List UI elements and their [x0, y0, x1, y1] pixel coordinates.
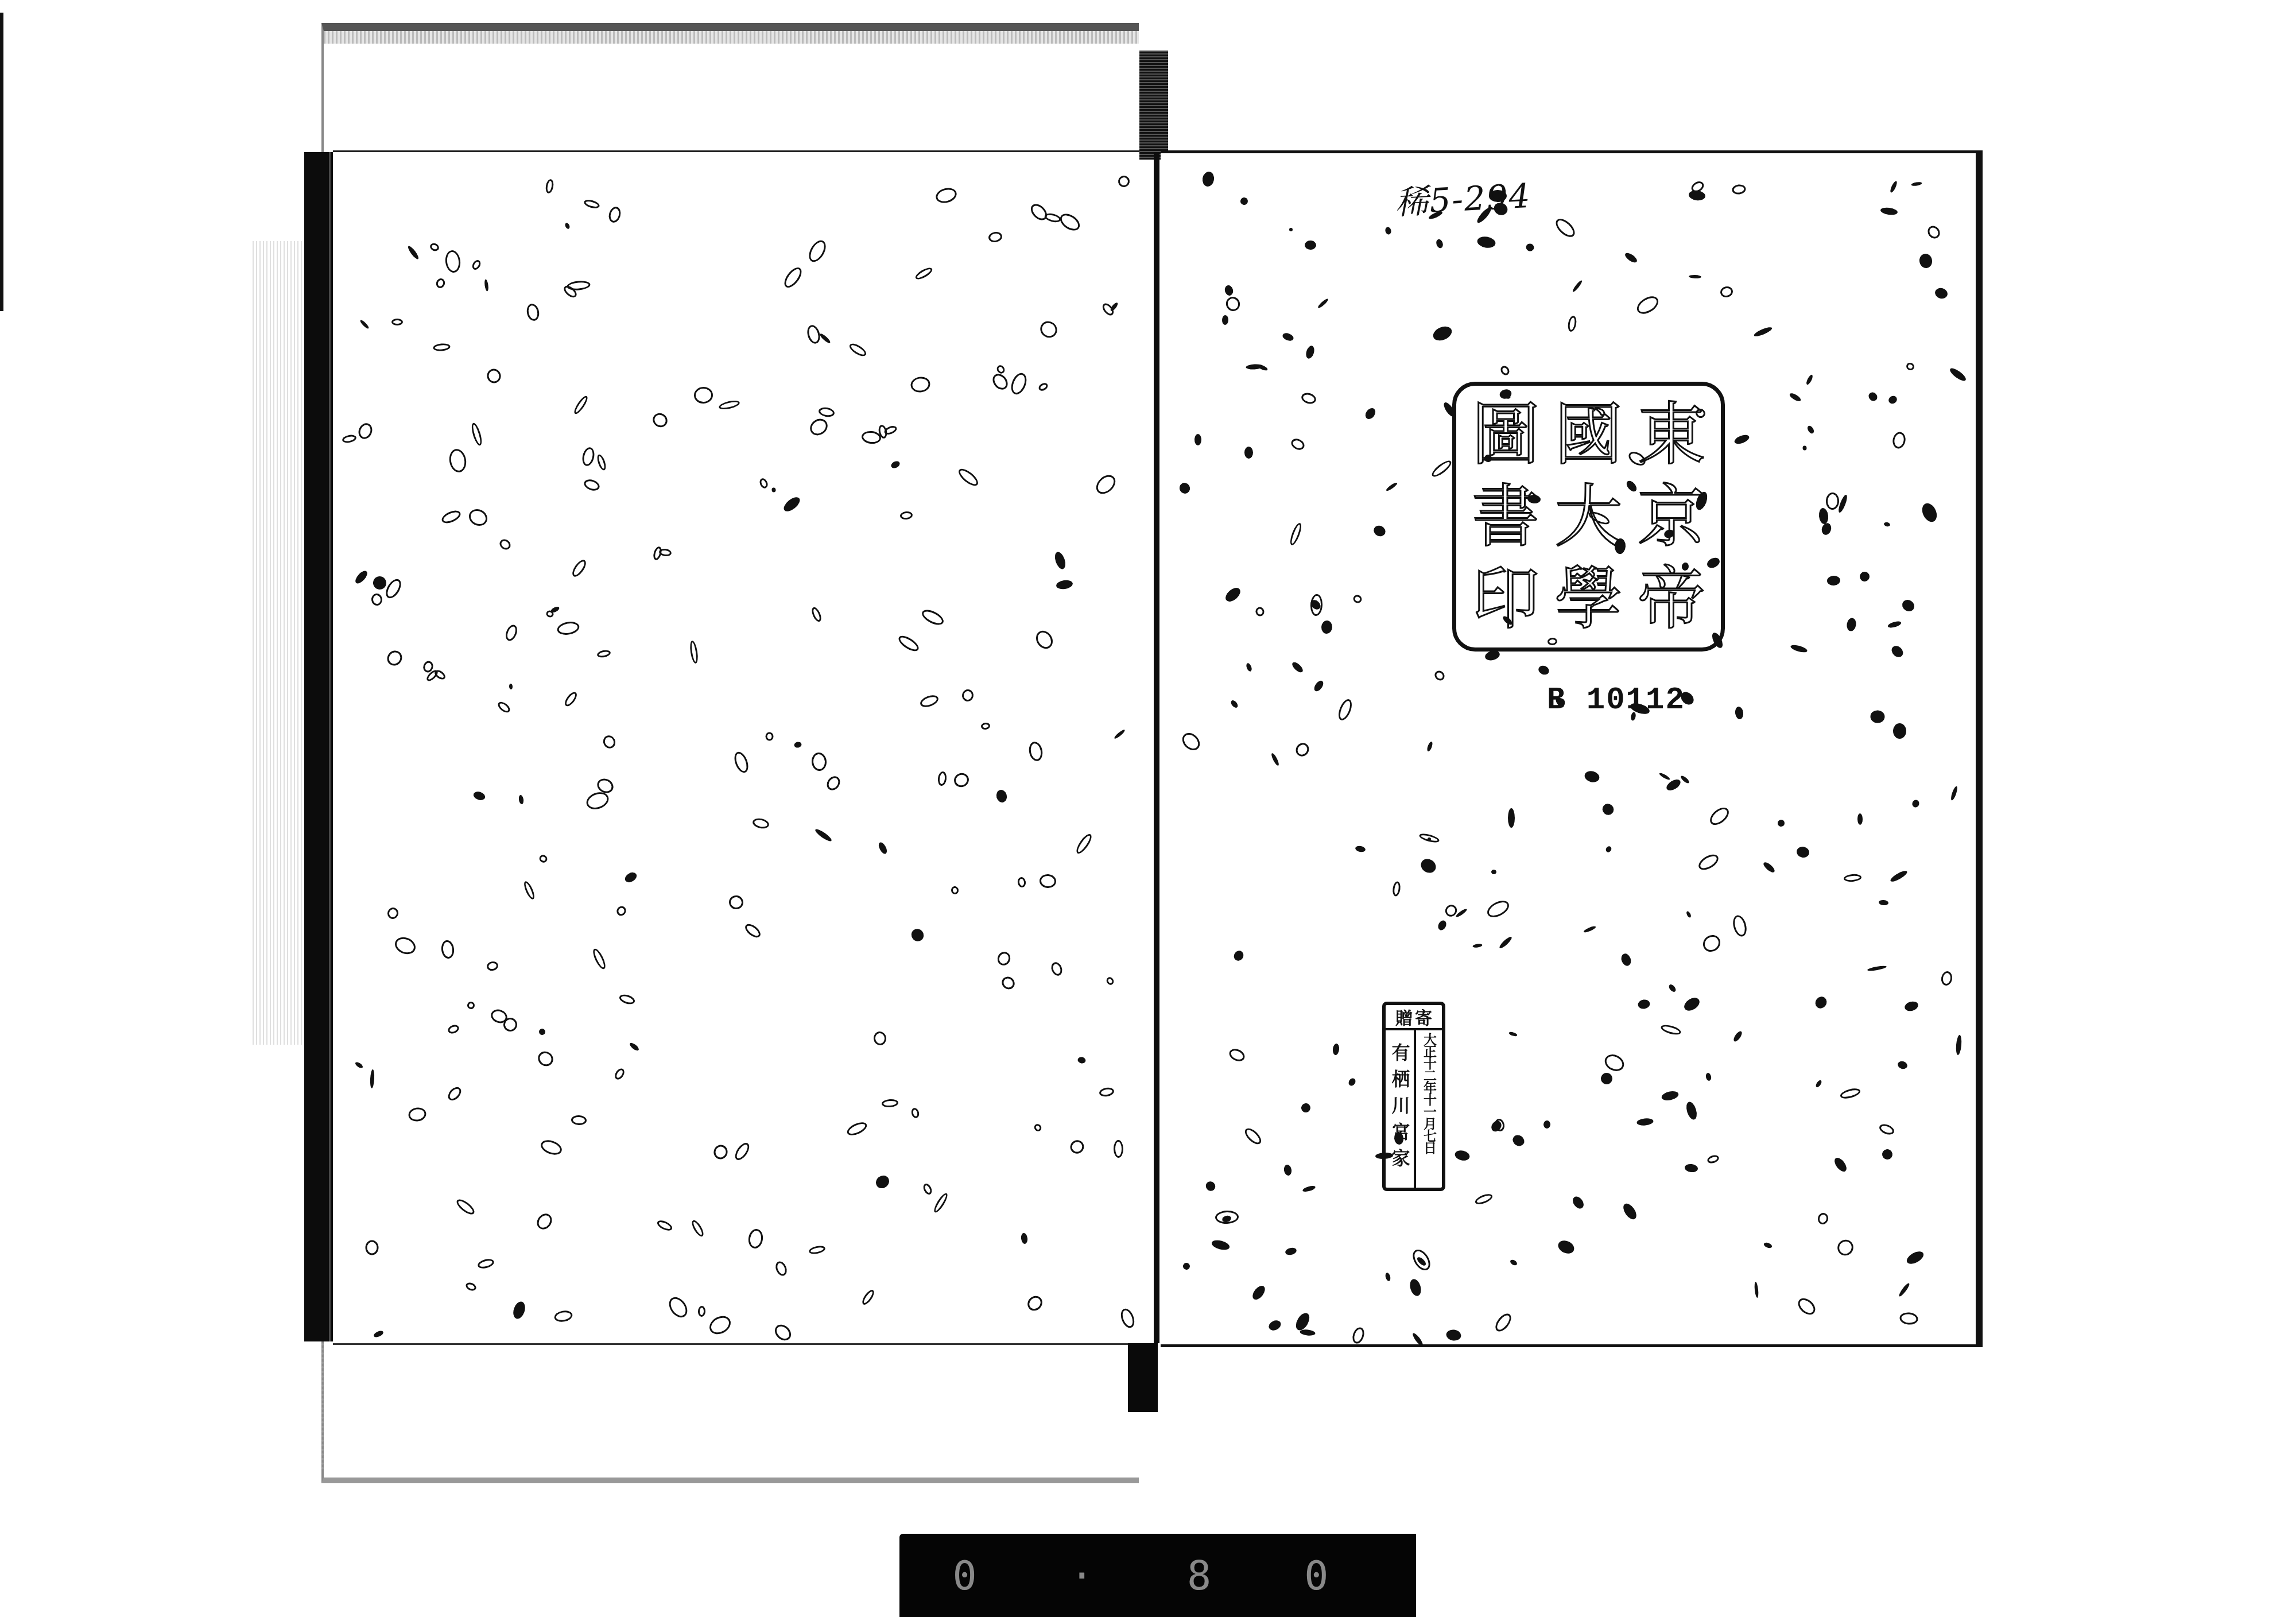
- worm-hole-speck: [1426, 741, 1434, 752]
- worm-hole-speck: [373, 1329, 384, 1339]
- worm-hole-speck: [1254, 606, 1265, 618]
- worm-hole-speck: [1099, 1087, 1115, 1098]
- donation-stamp: 寄 贈 大正十二年十一月七日 有栖川宮家: [1382, 1002, 1445, 1191]
- seal-char: 京: [1630, 476, 1713, 558]
- donation-stamp-header: 寄 贈: [1386, 1005, 1442, 1030]
- worm-hole-speck: [1570, 1195, 1586, 1211]
- worm-hole-speck: [1037, 382, 1049, 393]
- worm-hole-speck: [1883, 522, 1890, 527]
- worm-hole-speck: [1948, 366, 1968, 383]
- worm-hole-speck: [1572, 280, 1583, 293]
- worm-hole-speck: [1037, 318, 1061, 341]
- worm-hole-speck: [477, 1258, 495, 1270]
- worm-hole-speck: [1244, 447, 1253, 459]
- left-page: [333, 150, 1148, 1345]
- worm-hole-speck: [1620, 952, 1633, 967]
- worm-hole-speck: [393, 934, 418, 957]
- worm-hole-speck: [1567, 315, 1578, 332]
- worm-hole-speck: [545, 179, 554, 194]
- worm-hole-speck: [1889, 180, 1898, 193]
- worm-hole-speck: [1092, 471, 1119, 498]
- worm-hole-speck: [1302, 1185, 1316, 1193]
- worm-hole-speck: [1707, 1154, 1720, 1165]
- worm-hole-speck: [1684, 1164, 1698, 1173]
- worm-hole-speck: [656, 1219, 673, 1233]
- worm-hole-speck: [486, 960, 499, 972]
- worm-hole-speck: [1826, 493, 1840, 510]
- worm-hole-speck: [1484, 897, 1511, 920]
- worm-hole-speck: [1905, 1249, 1925, 1266]
- worm-hole-speck: [1182, 1262, 1190, 1270]
- worm-hole-speck: [1114, 728, 1126, 739]
- worm-hole-speck: [1289, 228, 1293, 232]
- worm-hole-speck: [496, 700, 512, 715]
- worm-hole-speck: [472, 790, 486, 801]
- worm-hole-speck: [1194, 434, 1201, 445]
- worm-hole-speck: [1899, 1312, 1919, 1325]
- worm-hole-speck: [845, 1120, 868, 1138]
- donation-donor: 有栖川宮家: [1386, 1030, 1414, 1188]
- worm-hole-speck: [650, 410, 670, 430]
- worm-hole-speck: [1498, 936, 1513, 950]
- worm-hole-speck: [371, 593, 383, 606]
- worm-hole-speck: [618, 993, 636, 1006]
- worm-hole-speck: [518, 794, 524, 804]
- worm-hole-speck: [1300, 1329, 1316, 1336]
- seal-char: 圖: [1464, 394, 1547, 476]
- worm-hole-speck: [1867, 965, 1887, 972]
- worm-hole-speck: [1882, 1149, 1894, 1161]
- worm-hole-speck: [596, 649, 611, 658]
- seal-char: 國: [1547, 394, 1630, 476]
- worm-hole-speck: [1435, 238, 1444, 249]
- worm-hole-speck: [1637, 999, 1650, 1010]
- worm-hole-speck: [1705, 1072, 1712, 1081]
- worm-hole-speck: [712, 1143, 730, 1161]
- worm-hole-speck: [553, 1309, 573, 1323]
- worm-hole-speck: [1955, 1035, 1962, 1056]
- reel-number: 0 · 8 0: [952, 1552, 1363, 1599]
- worm-hole-speck: [1839, 1087, 1861, 1100]
- worm-hole-speck: [771, 1321, 794, 1344]
- worm-hole-speck: [1891, 431, 1907, 450]
- reel-number-strip: 0 · 8 0: [899, 1534, 1416, 1617]
- worm-hole-speck: [538, 854, 548, 864]
- worm-hole-speck: [1267, 1319, 1283, 1332]
- worm-hole-speck: [1240, 197, 1249, 206]
- handwritten-shelf-mark: 稀5-294: [1394, 169, 1532, 224]
- worm-hole-speck: [383, 576, 404, 601]
- worm-hole-speck: [1636, 1118, 1654, 1126]
- worm-hole-speck: [961, 688, 975, 703]
- worm-hole-speck: [1355, 845, 1366, 853]
- worm-hole-speck: [435, 277, 446, 289]
- worm-hole-speck: [1492, 1311, 1514, 1335]
- worm-hole-speck: [1846, 617, 1857, 631]
- worm-hole-speck: [1321, 621, 1333, 634]
- worm-hole-speck: [591, 947, 608, 971]
- worm-hole-speck: [1940, 971, 1953, 987]
- worm-hole-speck: [1667, 983, 1677, 993]
- worm-hole-speck: [1925, 223, 1942, 241]
- worm-hole-speck: [1879, 899, 1889, 905]
- worm-hole-speck: [440, 508, 462, 526]
- worm-hole-speck: [1857, 813, 1863, 825]
- worm-hole-speck: [471, 258, 482, 271]
- left-spine: [304, 152, 333, 1341]
- worm-hole-speck: [440, 940, 455, 959]
- worm-hole-speck: [408, 1106, 427, 1123]
- worm-hole-speck: [1179, 730, 1204, 754]
- worm-hole-speck: [1009, 371, 1030, 397]
- worm-hole-speck: [1027, 740, 1044, 762]
- worm-hole-speck: [1509, 1259, 1518, 1267]
- worm-hole-speck: [1363, 406, 1377, 421]
- worm-hole-speck: [937, 771, 948, 786]
- worm-hole-speck: [1499, 364, 1511, 377]
- worm-hole-speck: [1437, 919, 1448, 932]
- library-seal: 東 京 帝 國 大 學 圖 書 印: [1452, 382, 1725, 652]
- worm-hole-speck: [1332, 1043, 1340, 1055]
- worm-hole-speck: [354, 569, 370, 585]
- worm-hole-speck: [910, 1107, 920, 1119]
- worm-hole-speck: [874, 1173, 892, 1191]
- worm-hole-speck: [1222, 315, 1228, 325]
- worm-hole-speck: [342, 434, 357, 444]
- worm-hole-speck: [718, 399, 740, 411]
- worm-hole-speck: [752, 817, 770, 830]
- worm-hole-speck: [567, 280, 591, 292]
- seal-char: 印: [1464, 557, 1547, 639]
- worm-hole-speck: [781, 495, 802, 514]
- left-book-tail: [321, 1343, 1139, 1469]
- seal-char: 大: [1547, 476, 1630, 558]
- worm-hole-speck: [1900, 598, 1917, 614]
- worm-hole-speck: [805, 238, 829, 265]
- worm-hole-speck: [1890, 643, 1906, 659]
- worm-hole-speck: [1661, 1089, 1680, 1102]
- worm-hole-speck: [1802, 445, 1806, 450]
- worm-hole-speck: [1919, 501, 1940, 525]
- worm-hole-speck: [1826, 575, 1840, 586]
- worm-hole-speck: [1689, 275, 1701, 279]
- worm-hole-speck: [1472, 943, 1483, 948]
- call-number: B 10112: [1547, 683, 1685, 718]
- worm-hole-speck: [444, 250, 462, 274]
- worm-hole-speck: [1621, 1201, 1639, 1222]
- worm-hole-speck: [498, 537, 513, 552]
- worm-hole-speck: [1815, 1079, 1823, 1088]
- worm-hole-speck: [1223, 294, 1242, 314]
- worm-hole-speck: [550, 606, 560, 614]
- worm-hole-speck: [1053, 550, 1067, 571]
- worm-hole-speck: [1685, 1100, 1699, 1120]
- worm-hole-speck: [1818, 507, 1829, 525]
- worm-hole-speck: [1230, 699, 1239, 709]
- worm-hole-speck: [1223, 585, 1243, 604]
- worm-hole-speck: [386, 906, 400, 921]
- worm-hole-speck: [1384, 226, 1392, 235]
- worm-hole-speck: [794, 741, 802, 748]
- worm-hole-speck: [999, 974, 1017, 992]
- worm-hole-speck: [1224, 284, 1234, 296]
- worm-hole-speck: [356, 421, 374, 441]
- worm-hole-speck: [433, 343, 451, 352]
- worm-hole-speck: [690, 1219, 706, 1238]
- worm-hole-speck: [1204, 1180, 1217, 1193]
- worm-hole-speck: [522, 880, 537, 901]
- worm-hole-speck: [951, 886, 959, 895]
- worm-hole-speck: [525, 303, 541, 322]
- worm-hole-speck: [1905, 362, 1915, 371]
- worm-hole-speck: [359, 319, 370, 329]
- worm-hole-speck: [732, 1141, 752, 1162]
- worm-hole-speck: [1753, 325, 1773, 338]
- worm-hole-speck: [1201, 170, 1215, 187]
- worm-hole-speck: [556, 620, 580, 636]
- worm-hole-speck: [824, 774, 843, 793]
- worm-hole-speck: [765, 732, 773, 740]
- worm-hole-speck: [1476, 235, 1496, 249]
- seal-char: 學: [1547, 557, 1630, 639]
- worm-hole-speck: [601, 734, 618, 751]
- worm-hole-speck: [1312, 679, 1325, 693]
- worm-hole-speck: [1508, 1031, 1518, 1037]
- worm-hole-speck: [1813, 994, 1829, 1010]
- worm-hole-speck: [1867, 390, 1879, 402]
- worm-hole-speck: [732, 750, 751, 774]
- worm-hole-speck: [995, 949, 1013, 968]
- worm-hole-speck: [571, 1115, 587, 1125]
- worm-hole-speck: [1270, 753, 1280, 767]
- worm-hole-speck: [899, 511, 913, 520]
- worm-hole-speck: [1658, 772, 1670, 781]
- worm-hole-speck: [1347, 1077, 1357, 1087]
- worm-hole-speck: [918, 693, 940, 709]
- worm-hole-speck: [1474, 1192, 1494, 1207]
- worm-hole-speck: [1707, 804, 1732, 828]
- worm-hole-speck: [1950, 786, 1958, 801]
- worm-hole-speck: [1896, 1060, 1908, 1071]
- worm-hole-speck: [1887, 620, 1902, 629]
- worm-hole-speck: [952, 771, 971, 789]
- worm-hole-speck: [1700, 932, 1723, 955]
- worm-hole-speck: [1257, 364, 1268, 372]
- worm-hole-speck: [1385, 482, 1398, 492]
- worm-hole-speck: [464, 1281, 478, 1292]
- worm-hole-speck: [1602, 1052, 1627, 1075]
- worm-hole-speck: [583, 198, 600, 210]
- worm-hole-speck: [1732, 184, 1747, 195]
- worm-hole-speck: [1242, 1126, 1264, 1147]
- worm-hole-speck: [1820, 522, 1833, 536]
- worm-hole-speck: [922, 1182, 934, 1196]
- worm-hole-speck: [694, 386, 713, 404]
- worm-hole-speck: [873, 1031, 887, 1046]
- worm-hole-speck: [934, 185, 958, 205]
- worm-hole-speck: [1116, 173, 1132, 189]
- worm-hole-speck: [810, 606, 823, 623]
- worm-hole-speck: [372, 575, 387, 591]
- worm-hole-speck: [689, 640, 699, 664]
- worm-hole-speck: [1245, 662, 1252, 672]
- worm-hole-speck: [1858, 570, 1872, 584]
- worm-hole-speck: [1068, 1138, 1086, 1156]
- worm-hole-speck: [1816, 1212, 1829, 1226]
- worm-hole-speck: [890, 460, 901, 470]
- worm-hole-speck: [909, 926, 926, 944]
- worm-hole-speck: [910, 375, 931, 393]
- worm-hole-speck: [1634, 293, 1661, 317]
- worm-hole-speck: [896, 633, 921, 654]
- worm-hole-speck: [1114, 1140, 1124, 1158]
- worm-hole-speck: [1893, 723, 1906, 739]
- worm-hole-speck: [466, 1001, 476, 1010]
- donation-header-char: 寄: [1415, 1004, 1432, 1029]
- worm-hole-speck: [1682, 995, 1702, 1013]
- gutter: [1154, 152, 1159, 1343]
- worm-hole-speck: [563, 690, 579, 708]
- worm-hole-speck: [572, 394, 590, 416]
- worm-hole-speck: [1418, 856, 1438, 876]
- worm-hole-speck: [366, 1240, 379, 1255]
- worm-hole-speck: [1288, 522, 1304, 546]
- worm-hole-speck: [1511, 1133, 1526, 1149]
- worm-hole-speck: [808, 1244, 826, 1255]
- worm-hole-speck: [1870, 710, 1885, 724]
- worm-hole-speck: [860, 1288, 876, 1306]
- worm-hole-speck: [1283, 1164, 1293, 1176]
- worm-hole-speck: [1431, 324, 1454, 343]
- worm-hole-speck: [1806, 425, 1816, 435]
- worm-hole-speck: [1250, 1283, 1267, 1302]
- worm-hole-speck: [1017, 877, 1027, 888]
- worm-hole-speck: [1392, 881, 1401, 897]
- worm-hole-speck: [771, 487, 776, 493]
- worm-hole-speck: [466, 506, 490, 529]
- worm-hole-speck: [1025, 1293, 1045, 1313]
- worm-hole-speck: [1624, 251, 1639, 265]
- worm-hole-speck: [920, 607, 946, 627]
- worm-hole-speck: [819, 332, 832, 344]
- worm-hole-speck: [990, 371, 1011, 393]
- worm-hole-speck: [1384, 1272, 1391, 1282]
- worm-hole-speck: [805, 324, 822, 346]
- worm-hole-speck: [1553, 215, 1578, 240]
- worm-hole-speck: [1777, 819, 1786, 828]
- worm-hole-speck: [698, 1306, 706, 1317]
- worm-hole-speck: [814, 828, 833, 843]
- worm-hole-speck: [384, 647, 405, 669]
- worm-hole-speck: [1301, 1103, 1312, 1114]
- worm-hole-speck: [1039, 874, 1057, 889]
- donation-date: 大正十二年十一月七日: [1414, 1030, 1442, 1188]
- worm-hole-speck: [877, 841, 889, 855]
- worm-hole-speck: [1305, 241, 1316, 250]
- worm-hole-speck: [1688, 189, 1706, 201]
- gutter-bottom-tab: [1128, 1343, 1158, 1412]
- worm-hole-speck: [1832, 1155, 1849, 1173]
- worm-hole-speck: [1021, 1232, 1029, 1244]
- worm-hole-speck: [1583, 925, 1597, 934]
- worm-hole-speck: [1430, 458, 1454, 479]
- worm-hole-speck: [1878, 1122, 1895, 1137]
- worm-hole-speck: [1293, 740, 1312, 759]
- worm-hole-speck: [503, 623, 519, 643]
- worm-hole-speck: [956, 466, 980, 489]
- worm-hole-speck: [743, 921, 763, 940]
- worm-hole-speck: [1177, 481, 1192, 496]
- worm-hole-speck: [370, 1069, 375, 1088]
- worm-hole-speck: [1411, 1332, 1425, 1347]
- worm-hole-speck: [818, 406, 835, 418]
- worm-hole-speck: [1731, 914, 1748, 938]
- worm-hole-speck: [848, 341, 868, 358]
- worm-hole-speck: [1056, 579, 1073, 590]
- worm-hole-speck: [429, 242, 440, 253]
- worm-hole-speck: [538, 1028, 546, 1036]
- worm-hole-speck: [535, 1048, 556, 1069]
- worm-hole-speck: [1491, 870, 1496, 874]
- worm-hole-speck: [774, 1260, 789, 1278]
- worm-hole-speck: [1686, 910, 1692, 918]
- worm-hole-speck: [1934, 286, 1949, 300]
- worm-hole-speck: [1285, 1247, 1297, 1256]
- worm-hole-speck: [1903, 1000, 1919, 1013]
- worm-hole-speck: [932, 1192, 950, 1214]
- worm-hole-speck: [1556, 1238, 1576, 1256]
- worm-hole-speck: [1232, 949, 1246, 963]
- worm-hole-speck: [1911, 181, 1922, 187]
- worm-hole-speck: [623, 870, 639, 884]
- worm-hole-speck: [1600, 801, 1616, 817]
- worm-hole-speck: [1537, 664, 1550, 676]
- worm-hole-speck: [1525, 243, 1535, 253]
- worm-hole-speck: [1433, 669, 1446, 683]
- worm-hole-speck: [1454, 1149, 1471, 1162]
- worm-hole-speck: [1898, 1282, 1910, 1298]
- seal-char: 東: [1630, 394, 1713, 476]
- worm-hole-speck: [445, 1084, 464, 1103]
- worm-hole-speck: [1584, 770, 1601, 784]
- worm-hole-speck: [1290, 661, 1304, 674]
- worm-hole-speck: [1227, 1046, 1247, 1064]
- worm-hole-speck: [807, 416, 831, 439]
- worm-hole-speck: [570, 557, 589, 579]
- worm-hole-speck: [914, 266, 934, 282]
- gutter-top-tab: [1139, 51, 1168, 160]
- worm-hole-speck: [728, 894, 744, 910]
- worm-hole-speck: [1317, 298, 1329, 309]
- seal-char: 帝: [1630, 557, 1713, 639]
- worm-hole-speck: [1696, 851, 1721, 873]
- worm-hole-speck: [1911, 799, 1921, 808]
- worm-hole-speck: [564, 222, 571, 230]
- worm-hole-speck: [1763, 1242, 1773, 1249]
- worm-hole-speck: [539, 1138, 564, 1158]
- worm-hole-speck: [1372, 524, 1387, 538]
- worm-hole-speck: [406, 245, 420, 260]
- worm-hole-speck: [995, 789, 1008, 804]
- worm-hole-speck: [1508, 808, 1515, 828]
- worm-hole-speck: [1352, 594, 1363, 604]
- worm-hole-speck: [534, 1211, 555, 1232]
- worm-hole-speck: [1428, 837, 1431, 841]
- worm-hole-speck: [706, 1312, 734, 1337]
- worm-hole-speck: [509, 684, 513, 689]
- worm-hole-speck: [758, 477, 769, 490]
- worm-hole-speck: [1660, 1023, 1682, 1036]
